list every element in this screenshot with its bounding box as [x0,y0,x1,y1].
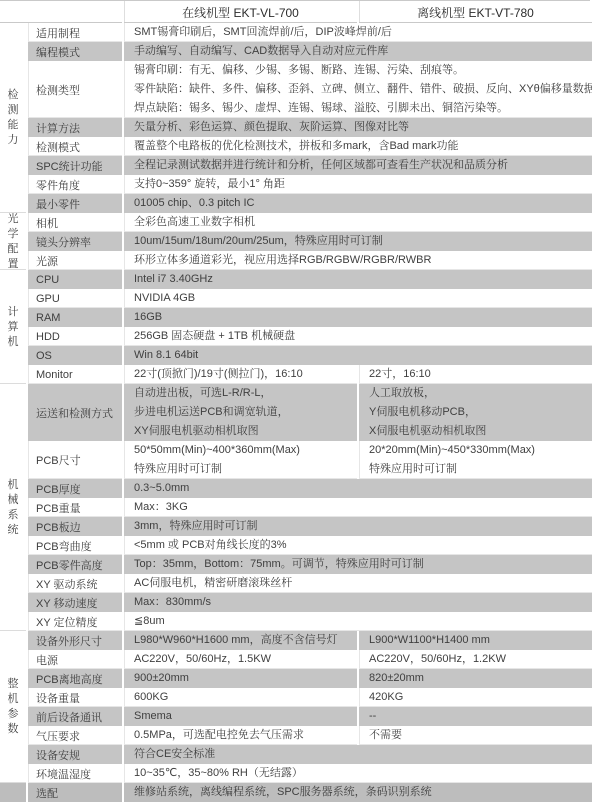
spec-value-text: ≦8um [134,612,592,631]
spec-value-cell: 50*50mm(Min)~400*360mm(Max)特殊应用时可订制 [124,441,357,479]
spec-value-text: 支持0~359° 旋转，最小1° 角距 [134,175,592,194]
spec-table: 在线机型 EKT-VL-700离线机型 EKT-VT-780检测能力光学配置计算… [0,0,590,802]
spec-value-text: 维修站系统，离线编程系统，SPC服务器系统，条码识别系统 [134,783,592,802]
spec-row-label: 计算方法 [28,118,122,137]
spec-value-text: 全程记录测试数据并进行统计和分析，任何区域都可查看生产状况和品质分析 [134,156,592,175]
spec-value-text: <5mm 或 PCB对角线长度的3% [134,536,592,555]
spec-value-text: 符合CE安全标准 [134,745,592,764]
spec-row-label: 环境温湿度 [28,764,122,783]
spec-row-label: 镜头分辨率 [28,232,122,251]
spec-value-cell: AC220V，50/60Hz，1.2KW [359,650,592,669]
spec-value-cell: 22寸，16:10 [359,365,592,384]
spec-value-cell: Smema [124,707,357,726]
spec-row-label: PCB板边 [28,517,122,536]
spec-value-cell: NVIDIA 4GB [124,289,592,308]
spec-value-text: 10um/15um/18um/20um/25um，特殊应用时可订制 [134,232,592,251]
spec-row-label: 光源 [28,251,122,270]
spec-row-label: PCB离地高度 [28,669,122,688]
spec-value-cell: 820±20mm [359,669,592,688]
spec-value-text: 手动编写、自动编写、CAD数据导入自动对应元件库 [134,42,592,61]
spec-value-cell: Max：830mm/s [124,593,592,612]
spec-value-cell: 0.3~5.0mm [124,479,592,498]
spec-value-cell: 10um/15um/18um/20um/25um，特殊应用时可订制 [124,232,592,251]
spec-value-text: Smema [134,707,357,726]
spec-value-text: 10~35℃，35~80% RH（无结露） [134,764,592,783]
header-empty-cell [0,1,122,23]
category-label: 计算机 [7,305,20,350]
spec-row-label: 检测类型 [28,61,122,118]
spec-value-text: 01005 chip、0.3 pitch IC [134,194,592,213]
spec-value-cell: 22寸(顶掀门)/19寸(侧拉门)，16:10 [124,365,357,384]
header-model-online: 在线机型 EKT-VL-700 [124,1,357,23]
spec-row-label: 相机 [28,213,122,232]
spec-value-text: 16GB [134,308,592,327]
spec-value-text: Max：3KG [134,498,592,517]
spec-value-cell: 矢量分析、彩色运算、颜色提取、灰阶运算、图像对比等 [124,118,592,137]
spec-value-cell: 支持0~359° 旋转，最小1° 角距 [124,175,592,194]
spec-value-text: 256GB 固态硬盘 + 1TB 机械硬盘 [134,327,592,346]
category-label: 检测能力 [7,88,20,148]
spec-row-label: 编程模式 [28,42,122,61]
category-label: 机械系统 [7,478,20,538]
spec-value-cell: Top：35mm，Bottom：75mm。可调节，特殊应用时可订制 [124,555,592,574]
spec-value-cell: AC伺服电机，精密研磨滚珠丝杆 [124,574,592,593]
spec-value-cell: 锡膏印刷：有无、偏移、少锡、多锡、断路、连锡、污染、刮痕等。零件缺陷：缺件、多件… [124,61,592,118]
spec-row-label: PCB重量 [28,498,122,517]
spec-value-cell: AC220V，50/60Hz，1.5KW [124,650,357,669]
spec-value-text: 0.3~5.0mm [134,479,592,498]
spec-value-text: 焊点缺陷：锡多、锡少、虚焊、连锡、锡球、溢胶、引脚未出、铜箔污染等。 [134,99,592,118]
spec-value-text: 零件缺陷：缺件、多件、偏移、歪斜、立碑、侧立、翻件、错件、破损、反向、XYθ偏移… [134,80,592,99]
spec-row-label: 设备外形尺寸 [28,631,122,650]
spec-value-text: 20*20mm(Min)~450*330mm(Max) [369,441,592,460]
category-cell: 检测能力 [0,23,26,213]
spec-value-text: 自动进出板，可选L-R/R-L， [134,384,357,403]
spec-row-label: SPC统计功能 [28,156,122,175]
spec-value-text: 0.5MPa，可选配电控免去气压需求 [134,726,357,745]
spec-value-text: 锡膏印刷：有无、偏移、少锡、多锡、断路、连锡、污染、刮痕等。 [134,61,592,80]
spec-row-label: 运送和检测方式 [28,384,122,441]
spec-value-cell: 全彩色高速工业数字相机 [124,213,592,232]
spec-value-cell: 256GB 固态硬盘 + 1TB 机械硬盘 [124,327,592,346]
spec-value-cell: 900±20mm [124,669,357,688]
spec-value-cell: 覆盖整个电路板的优化检测技术，拼板和多mark，含Bad mark功能 [124,137,592,156]
spec-value-text: 3mm，特殊应用时可订制 [134,517,592,536]
spec-value-cell: L900*W1100*H1400 mm [359,631,592,650]
category-cell: 机械系统 [0,384,26,631]
spec-value-text: AC伺服电机，精密研磨滚珠丝杆 [134,574,592,593]
spec-value-text: 步进电机运送PCB和调宽轨道， [134,403,357,422]
spec-value-text: 820±20mm [369,669,592,688]
spec-value-cell: 全程记录测试数据并进行统计和分析，任何区域都可查看生产状况和品质分析 [124,156,592,175]
spec-row-label: 设备重量 [28,688,122,707]
spec-value-cell: 环形立体多通道彩光，视应用选择RGB/RGBW/RGBR/RWBR [124,251,592,270]
spec-value-cell: 20*20mm(Min)~450*330mm(Max)特殊应用时可订制 [359,441,592,479]
spec-value-text: AC220V，50/60Hz，1.2KW [369,650,592,669]
spec-value-text: Top：35mm，Bottom：75mm。可调节，特殊应用时可订制 [134,555,592,574]
spec-value-text: L980*W960*H1600 mm，高度不含信号灯 [134,631,357,650]
spec-value-cell: SMT锡膏印刷后，SMT回流焊前/后，DIP波峰焊前/后 [124,23,592,42]
spec-value-text: SMT锡膏印刷后，SMT回流焊前/后，DIP波峰焊前/后 [134,23,592,42]
spec-value-text: Intel i7 3.40GHz [134,270,592,289]
spec-value-text: 420KG [369,688,592,707]
spec-value-text: 特殊应用时可订制 [369,460,592,479]
spec-row-label: XY 定位精度 [28,612,122,631]
category-label: 整机参数 [7,677,20,737]
spec-value-text: 不需要 [369,726,592,745]
spec-sheet: 在线机型 EKT-VL-700离线机型 EKT-VT-780检测能力光学配置计算… [0,0,593,802]
spec-value-cell: 01005 chip、0.3 pitch IC [124,194,592,213]
spec-row-label: 电源 [28,650,122,669]
category-cell: 光学配置 [0,213,26,270]
spec-row-label: 选配 [28,783,122,802]
spec-value-cell: 420KG [359,688,592,707]
spec-value-text: 50*50mm(Min)~400*360mm(Max) [134,441,357,460]
category-cell: 整机参数 [0,631,26,783]
spec-row-label: XY 驱动系统 [28,574,122,593]
header-model-offline: 离线机型 EKT-VT-780 [359,1,592,23]
spec-value-text: Y伺服电机移动PCB， [369,403,592,422]
spec-row-label: 气压要求 [28,726,122,745]
spec-value-text: 900±20mm [134,669,357,688]
spec-value-cell: L980*W960*H1600 mm，高度不含信号灯 [124,631,357,650]
spec-value-cell: -- [359,707,592,726]
spec-value-cell: 0.5MPa，可选配电控免去气压需求 [124,726,357,745]
spec-value-text: 600KG [134,688,357,707]
spec-row-label: 最小零件 [28,194,122,213]
spec-value-cell: Win 8.1 64bit [124,346,592,365]
spec-value-text: 22寸，16:10 [369,365,592,384]
spec-value-cell: 10~35℃，35~80% RH（无结露） [124,764,592,783]
spec-value-text: XY伺服电机驱动相机取图 [134,422,357,441]
spec-value-text: L900*W1100*H1400 mm [369,631,592,650]
spec-row-label: PCB弯曲度 [28,536,122,555]
spec-value-text: 人工取放板， [369,384,592,403]
spec-value-text: X伺服电机驱动相机取图 [369,422,592,441]
spec-value-cell: <5mm 或 PCB对角线长度的3% [124,536,592,555]
spec-row-label: Monitor [28,365,122,384]
spec-value-text: NVIDIA 4GB [134,289,592,308]
spec-value-text: Win 8.1 64bit [134,346,592,365]
spec-row-label: PCB厚度 [28,479,122,498]
spec-row-label: HDD [28,327,122,346]
spec-row-label: 适用制程 [28,23,122,42]
spec-value-cell: 维修站系统，离线编程系统，SPC服务器系统，条码识别系统 [124,783,592,802]
spec-row-label: 设备安规 [28,745,122,764]
spec-value-text: Max：830mm/s [134,593,592,612]
spec-value-cell: Intel i7 3.40GHz [124,270,592,289]
spec-row-label: 前后设备通讯 [28,707,122,726]
category-filler-cell [0,783,26,802]
spec-value-text: 环形立体多通道彩光，视应用选择RGB/RGBW/RGBR/RWBR [134,251,592,270]
spec-value-cell: 不需要 [359,726,592,745]
spec-value-text: 特殊应用时可订制 [134,460,357,479]
spec-row-label: 检测模式 [28,137,122,156]
spec-value-cell: Max：3KG [124,498,592,517]
spec-value-cell: ≦8um [124,612,592,631]
spec-value-text: AC220V，50/60Hz，1.5KW [134,650,357,669]
category-label: 光学配置 [7,213,20,270]
spec-value-text: 22寸(顶掀门)/19寸(侧拉门)，16:10 [134,365,357,384]
spec-value-cell: 符合CE安全标准 [124,745,592,764]
spec-value-cell: 600KG [124,688,357,707]
spec-row-label: RAM [28,308,122,327]
spec-value-cell: 手动编写、自动编写、CAD数据导入自动对应元件库 [124,42,592,61]
category-cell: 计算机 [0,270,26,384]
spec-row-label: GPU [28,289,122,308]
spec-value-text: 全彩色高速工业数字相机 [134,213,592,232]
spec-row-label: PCB尺寸 [28,441,122,479]
spec-row-label: PCB零件高度 [28,555,122,574]
spec-row-label: CPU [28,270,122,289]
spec-value-text: -- [369,707,592,726]
spec-row-label: OS [28,346,122,365]
spec-value-text: 覆盖整个电路板的优化检测技术，拼板和多mark，含Bad mark功能 [134,137,592,156]
spec-value-cell: 自动进出板，可选L-R/R-L，步进电机运送PCB和调宽轨道，XY伺服电机驱动相… [124,384,357,441]
spec-row-label: 零件角度 [28,175,122,194]
spec-value-cell: 3mm，特殊应用时可订制 [124,517,592,536]
spec-value-cell: 16GB [124,308,592,327]
spec-row-label: XY 移动速度 [28,593,122,612]
spec-value-cell: 人工取放板，Y伺服电机移动PCB，X伺服电机驱动相机取图 [359,384,592,441]
spec-value-text: 矢量分析、彩色运算、颜色提取、灰阶运算、图像对比等 [134,118,592,137]
